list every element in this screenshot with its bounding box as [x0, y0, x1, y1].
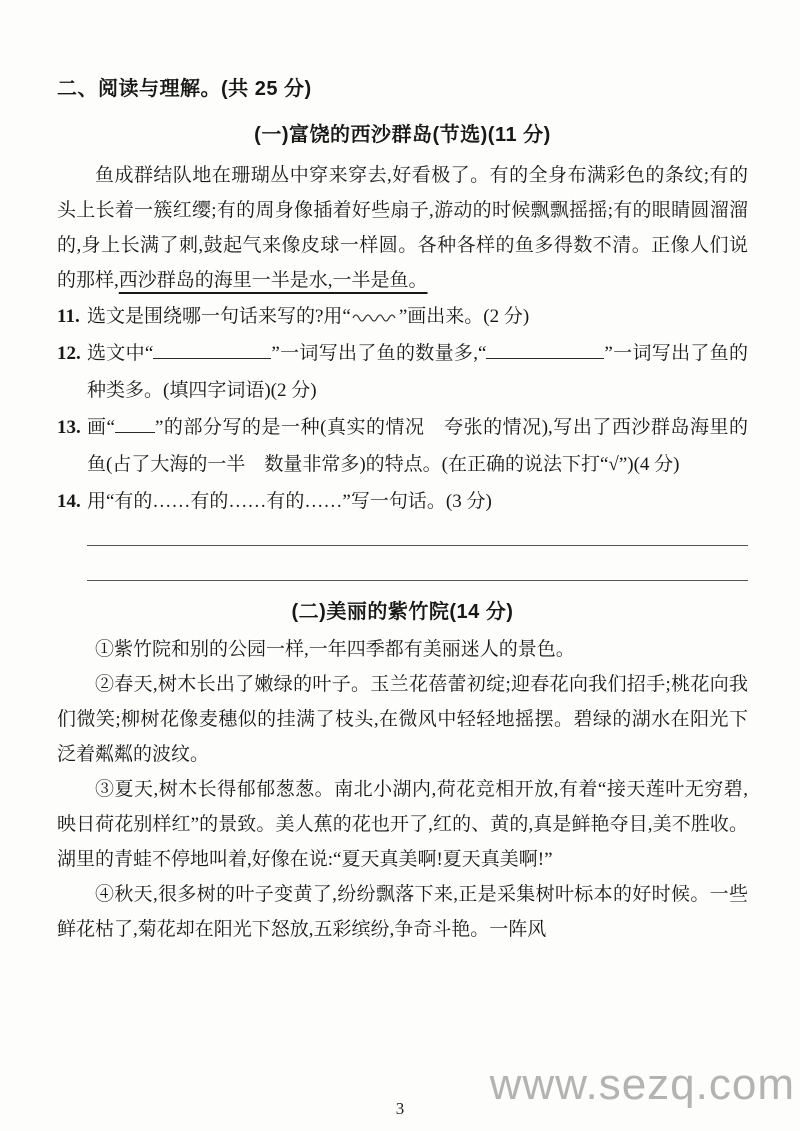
question-12-text-seg2: ”一词写出了鱼的数量多,“ [271, 343, 486, 364]
question-13: 13. 画“”的部分写的是一种(真实的情况 夸张的情况),写出了西沙群岛海里的鱼… [57, 409, 748, 483]
passage2-paragraph-3: ③夏天,树木长得郁郁葱葱。南北小湖内,荷花竞相开放,有着“接天莲叶无穷碧,映日荷… [57, 772, 748, 877]
passage1-underlined-sentence: 西沙群岛的海里一半是水,一半是鱼。 [119, 270, 428, 291]
page-number: 3 [0, 1099, 800, 1119]
question-13-number: 13. [57, 409, 87, 483]
question-14-number: 14. [57, 483, 87, 520]
fill-in-blank-quantity [153, 339, 271, 359]
answer-area [87, 520, 748, 581]
question-11: 11. 选文是围绕哪一句话来写的?用“”画出来。(2 分) [57, 298, 748, 335]
question-13-text: 画“”的部分写的是一种(真实的情况 夸张的情况),写出了西沙群岛海里的鱼(占了大… [87, 409, 748, 483]
wavy-underline-blank [351, 298, 399, 310]
answer-line-1 [87, 520, 748, 546]
question-14: 14. 用“有的……有的……有的……”写一句话。(3 分) [57, 483, 748, 520]
passage1-body: 鱼成群结队地在珊瑚丛中穿来穿去,好看极了。有的全身布满彩色的条纹;有的头上长着一… [57, 158, 748, 298]
question-12: 12. 选文中“”一词写出了鱼的数量多,“”一词写出了鱼的种类多。(填四字词语)… [57, 335, 748, 409]
passage2-paragraph-1: ①紫竹院和别的公园一样,一年四季都有美丽迷人的景色。 [57, 632, 748, 667]
fill-in-blank-variety [486, 339, 604, 359]
question-12-text-seg1: 选文中“ [87, 343, 153, 364]
answer-line-2 [87, 546, 748, 581]
section-heading: 二、阅读与理解。(共 25 分) [57, 72, 748, 101]
question-14-text: 用“有的……有的……有的……”写一句话。(3 分) [87, 483, 748, 520]
question-13-text-seg1: 画“ [87, 417, 115, 438]
passage2-paragraph-2: ②春天,树木长出了嫩绿的叶子。玉兰花蓓蕾初绽;迎春花向我们招手;桃花向我们微笑;… [57, 667, 748, 772]
question-12-text: 选文中“”一词写出了鱼的数量多,“”一词写出了鱼的种类多。(填四字词语)(2 分… [87, 335, 748, 409]
passage2-title: (二)美丽的紫竹院(14 分) [57, 595, 748, 624]
straight-underline-blank [115, 413, 155, 433]
passage2-paragraph-4: ④秋天,很多树的叶子变黄了,纷纷飘落下来,正是采集树叶标本的好时候。一些鲜花枯了… [57, 877, 748, 947]
question-13-text-seg2: ”的部分写的是一种(真实的情况 夸张的情况),写出了西沙群岛海里的鱼(占了大海的… [87, 417, 748, 475]
question-12-number: 12. [57, 335, 87, 409]
passage1-title: (一)富饶的西沙群岛(节选)(11 分) [57, 118, 748, 147]
question-11-text-pre: 选文是围绕哪一句话来写的?用“ [87, 306, 351, 327]
question-11-text-post: ”画出来。(2 分) [399, 306, 529, 327]
exam-page: 二、阅读与理解。(共 25 分) (一)富饶的西沙群岛(节选)(11 分) 鱼成… [0, 0, 800, 1131]
question-11-text: 选文是围绕哪一句话来写的?用“”画出来。(2 分) [87, 298, 748, 335]
page-content: 二、阅读与理解。(共 25 分) (一)富饶的西沙群岛(节选)(11 分) 鱼成… [0, 0, 800, 947]
question-11-number: 11. [57, 298, 87, 335]
